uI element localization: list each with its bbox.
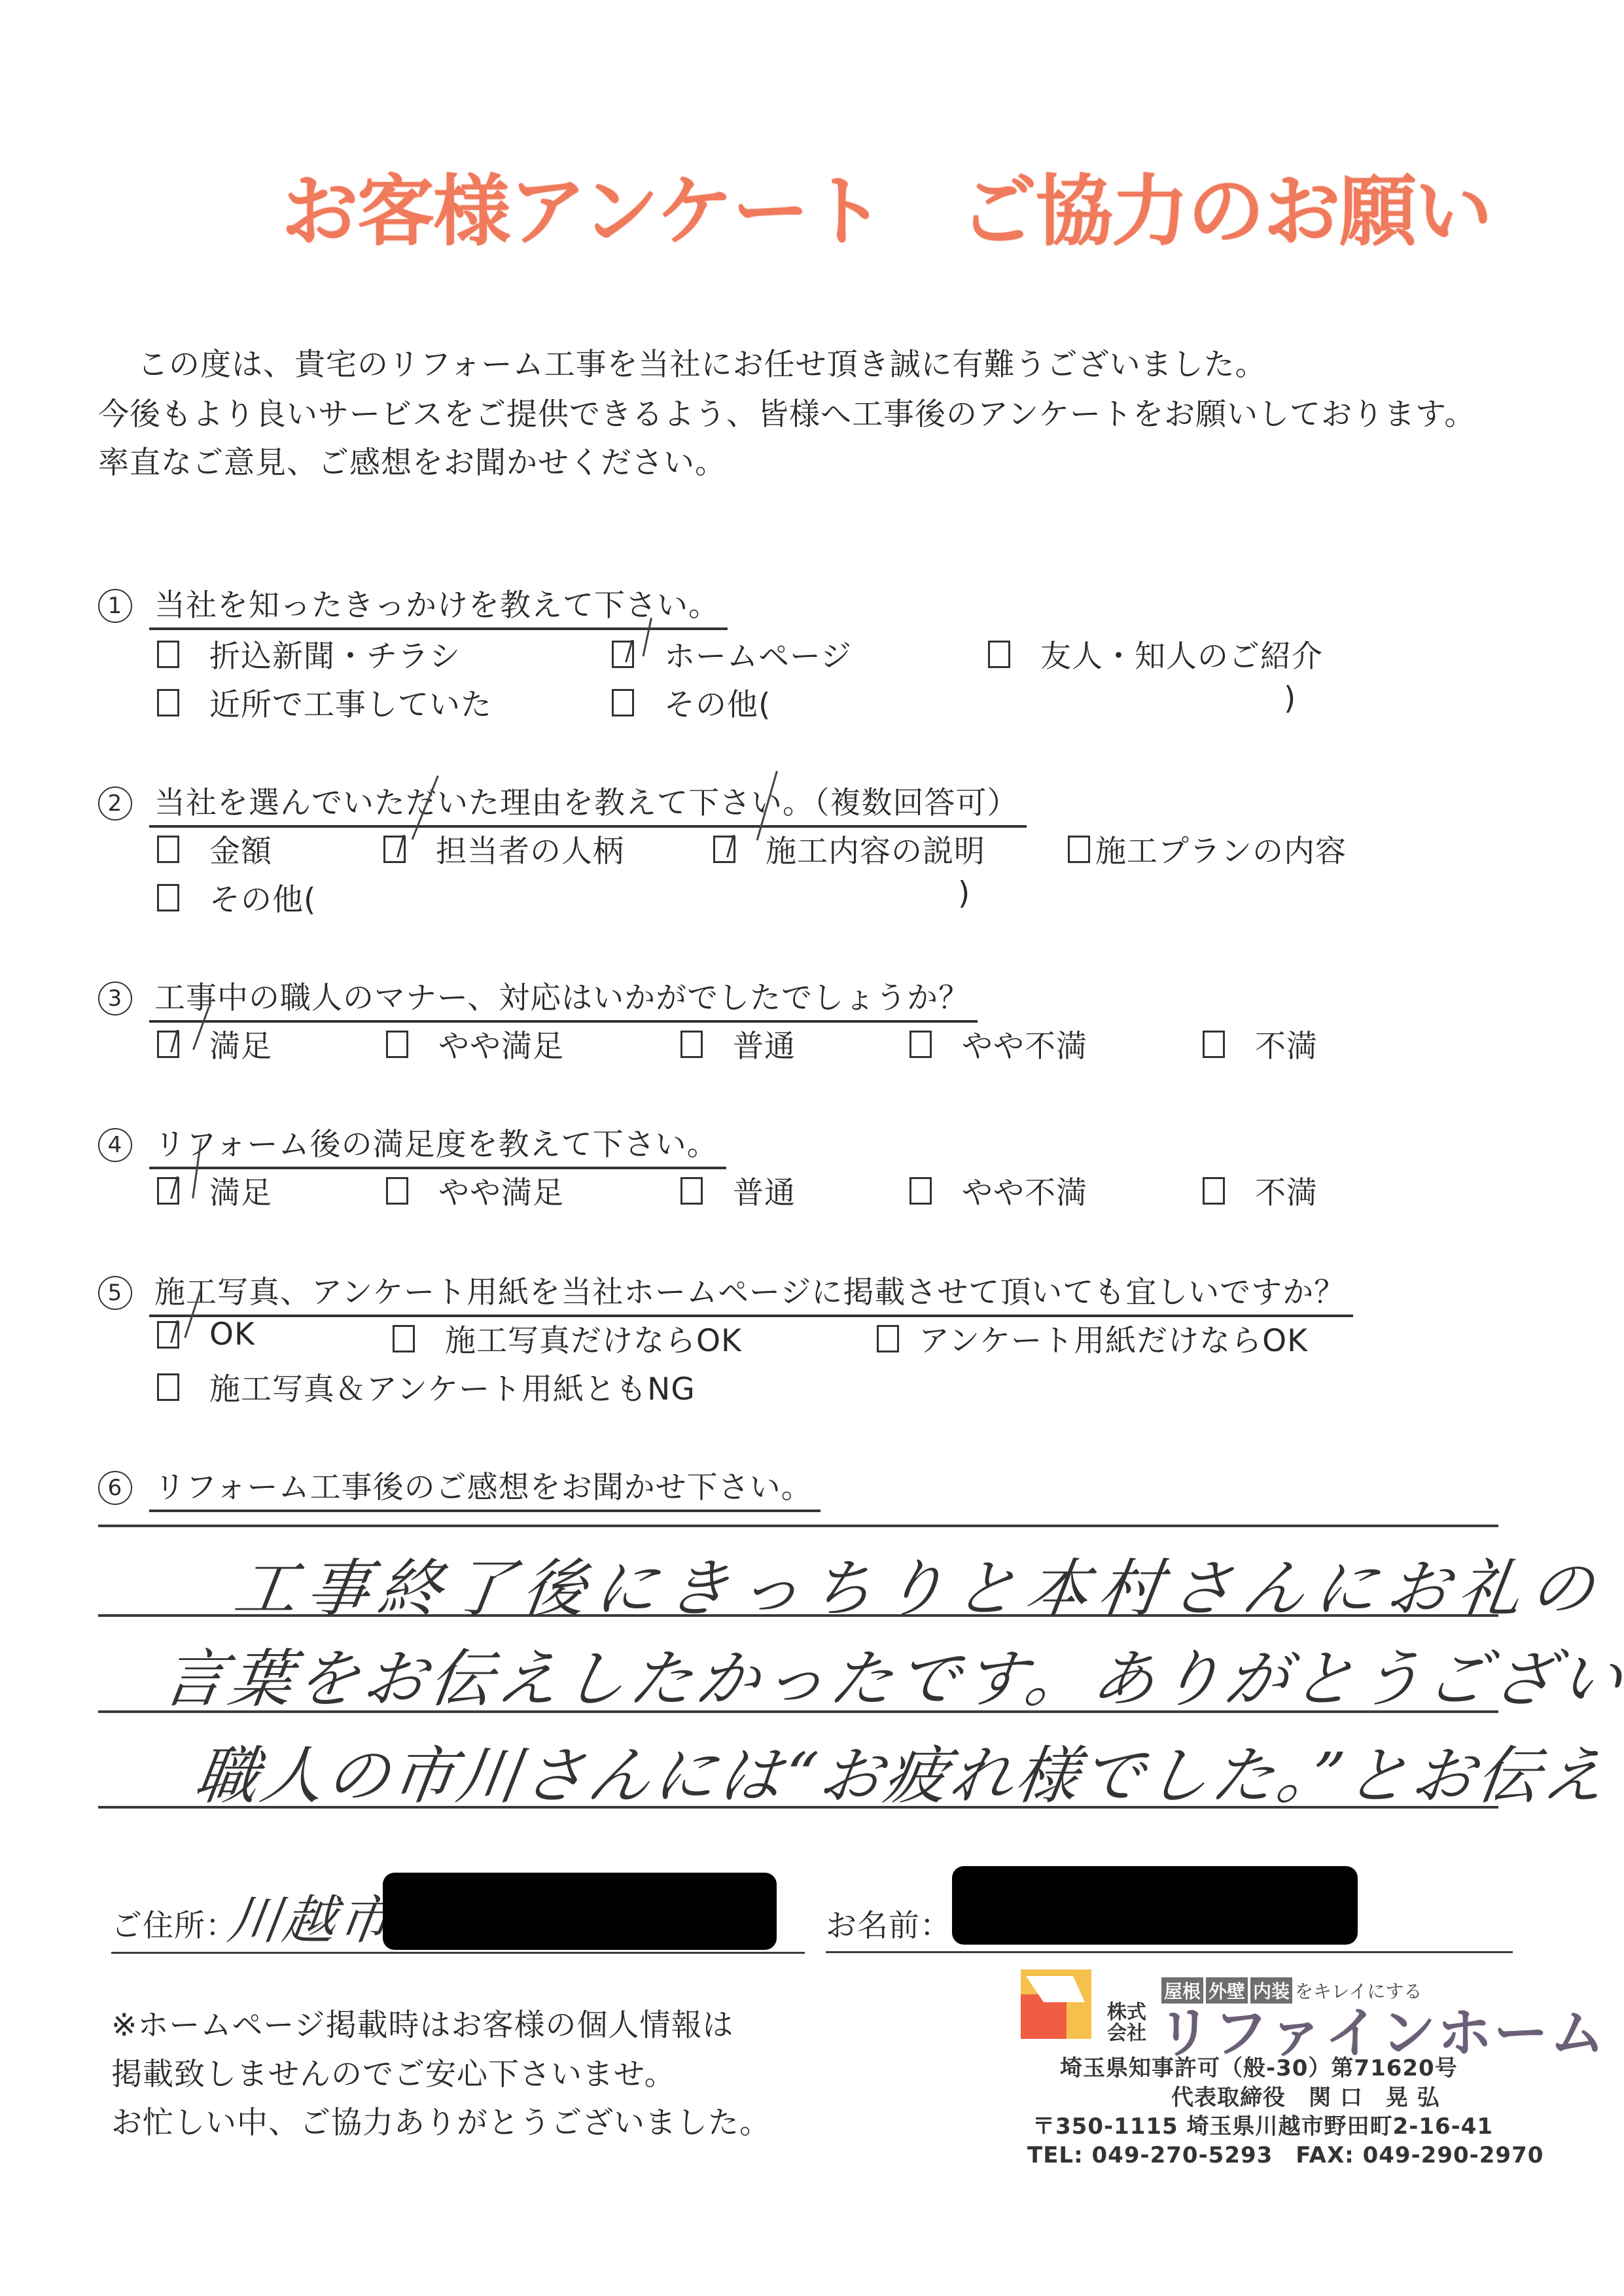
- checkbox[interactable]: [157, 836, 179, 863]
- checkbox[interactable]: [157, 641, 179, 668]
- q1-option-referral[interactable]: 友人・知人のご紹介: [988, 632, 1323, 676]
- checkbox[interactable]: [157, 1373, 179, 1401]
- redacted-address: [383, 1873, 777, 1950]
- thank-you-note: お忙しい中、ご協力ありがとうございました。: [111, 2098, 771, 2142]
- question-number: 2: [98, 786, 132, 821]
- q1-option-nearby[interactable]: 近所で工事していた: [157, 680, 492, 724]
- question-number: 4: [98, 1128, 132, 1162]
- question-number: 3: [98, 981, 132, 1016]
- question-number: 1: [98, 589, 132, 623]
- q5-option-photos-only[interactable]: 施工写真だけならOK: [393, 1316, 742, 1360]
- name-underline: [826, 1951, 1513, 1953]
- company-representative: 代表取締役 関 口 晃 弘: [1171, 2079, 1440, 2111]
- checkbox[interactable]: [1203, 1031, 1225, 1058]
- checkbox-checked[interactable]: [157, 1177, 179, 1205]
- address-underline: [111, 1952, 805, 1954]
- question-text: 施工写真、アンケート用紙を当社ホームページに掲載させて頂いても宜しいですか？: [149, 1268, 1353, 1317]
- checkbox-checked[interactable]: [157, 1031, 179, 1058]
- q3-option-satisfied[interactable]: 満足: [157, 1022, 272, 1066]
- q5-option-ok[interactable]: OK: [157, 1316, 255, 1352]
- checkbox[interactable]: [386, 1031, 408, 1058]
- question-text: 当社を知ったきっかけを教えて下さい。: [149, 581, 728, 630]
- q2-option-staff-personality[interactable]: 担当者の人柄: [383, 827, 624, 871]
- checkbox[interactable]: [612, 689, 634, 716]
- question-1-heading: 1当社を知ったきっかけを教えて下さい。: [98, 581, 728, 630]
- intro-line-1: この度は、貴宅のリフォーム工事を当社にお任せ頂き誠に有難うございました。: [137, 340, 1267, 384]
- answer-rule-1: [98, 1525, 1498, 1527]
- question-5-heading: 5施工写真、アンケート用紙を当社ホームページに掲載させて頂いても宜しいですか？: [98, 1268, 1353, 1317]
- address-handwritten[interactable]: 川越市: [224, 1878, 399, 1953]
- checkbox[interactable]: [877, 1325, 899, 1352]
- q4-option-somewhat-satisfied[interactable]: やや満足: [386, 1169, 564, 1212]
- question-number: 5: [98, 1276, 132, 1310]
- company-address: 〒350-1115 埼玉県川越市野田町2-16-41: [1033, 2108, 1493, 2140]
- intro-line-2: 今後もより良いサービスをご提供できるよう、皆様へ工事後のアンケートをお願いしてお…: [98, 390, 1475, 434]
- q5-option-both-ng[interactable]: 施工写真＆アンケート用紙ともNG: [157, 1365, 696, 1409]
- company-license: 埼玉県知事許可（般-30）第71620号: [1060, 2050, 1458, 2082]
- question-number: 6: [98, 1471, 132, 1505]
- q4-option-satisfied[interactable]: 満足: [157, 1169, 272, 1212]
- q1-option-flyer[interactable]: 折込新聞・チラシ: [157, 632, 461, 676]
- q4-option-somewhat-dissatisfied[interactable]: やや不満: [909, 1169, 1087, 1212]
- question-3-heading: 3工事中の職人のマナー、対応はいかがでしたでしょうか？: [98, 974, 978, 1023]
- q1-other-close-paren: ): [1284, 680, 1296, 716]
- q5-option-survey-only[interactable]: アンケート用紙だけならOK: [877, 1316, 1308, 1360]
- checkbox-checked[interactable]: [383, 836, 406, 863]
- checkbox[interactable]: [909, 1177, 932, 1205]
- handwritten-answer-line-3: 職人の市川さんには“お疲れ様でした。”とお伝えください。: [190, 1726, 1624, 1816]
- q2-option-plan[interactable]: 施工プランの内容: [1068, 827, 1347, 871]
- handwritten-answer-line-2: 言葉をお伝えしたかったです。ありがとうございました。: [157, 1629, 1624, 1719]
- checkbox-checked[interactable]: [157, 1321, 179, 1349]
- q4-option-dissatisfied[interactable]: 不満: [1203, 1169, 1318, 1212]
- question-text: 当社を選んでいただいた理由を教えて下さい。（複数回答可）: [149, 779, 1027, 828]
- checkbox[interactable]: [1068, 836, 1090, 863]
- intro-line-3: 率直なご意見、ご感想をお聞かせください。: [98, 438, 726, 482]
- checkbox[interactable]: [988, 641, 1010, 668]
- question-6-heading: 6リフォーム工事後のご感想をお聞かせ下さい。: [98, 1463, 821, 1512]
- q3-option-somewhat-satisfied[interactable]: やや満足: [386, 1022, 564, 1066]
- handwritten-answer-line-1: 工事終了後にきっちりと本村さんにお礼の: [229, 1539, 1609, 1629]
- q2-option-other[interactable]: その他(: [157, 875, 316, 919]
- checkbox[interactable]: [386, 1177, 408, 1205]
- name-label: お名前：: [826, 1901, 951, 1945]
- company-logo-icon: [1021, 1969, 1091, 2039]
- q2-option-explanation[interactable]: 施工内容の説明: [713, 827, 985, 871]
- question-text: リフォーム工事後のご感想をお聞かせ下さい。: [149, 1463, 821, 1512]
- q1-option-other[interactable]: その他(: [612, 680, 771, 724]
- checkbox-checked[interactable]: [713, 836, 735, 863]
- company-tel-fax: TEL: 049-270-5293 FAX: 049-290-2970: [1027, 2137, 1544, 2169]
- address-label: ご住所：: [111, 1901, 237, 1945]
- q4-option-neutral[interactable]: 普通: [680, 1169, 796, 1212]
- q3-option-neutral[interactable]: 普通: [680, 1022, 796, 1066]
- redacted-name: [952, 1866, 1358, 1945]
- checkbox[interactable]: [157, 884, 179, 911]
- q2-option-price[interactable]: 金額: [157, 827, 272, 871]
- kabushiki-kaisha-label: 株式会社: [1107, 2002, 1146, 2044]
- checkbox[interactable]: [680, 1031, 703, 1058]
- checkbox-checked[interactable]: [612, 641, 634, 668]
- checkbox[interactable]: [680, 1177, 703, 1205]
- question-4-heading: 4リフォーム後の満足度を教えて下さい。: [98, 1120, 726, 1169]
- q2-other-close-paren: ): [958, 875, 970, 911]
- privacy-note-1: ※ホームページ掲載時はお客様の個人情報は: [111, 2001, 733, 2045]
- privacy-note-2: 掲載致しませんのでご安心下さいませ。: [111, 2050, 676, 2094]
- question-text: リフォーム後の満足度を教えて下さい。: [149, 1120, 726, 1169]
- checkbox[interactable]: [909, 1031, 932, 1058]
- checkbox[interactable]: [157, 689, 179, 716]
- page-title: お客様アンケート ご協力のお願い: [281, 149, 1491, 260]
- checkbox[interactable]: [393, 1325, 415, 1352]
- q3-option-somewhat-dissatisfied[interactable]: やや不満: [909, 1022, 1087, 1066]
- question-2-heading: 2当社を選んでいただいた理由を教えて下さい。（複数回答可）: [98, 779, 1027, 828]
- q3-option-dissatisfied[interactable]: 不満: [1203, 1022, 1318, 1066]
- checkbox[interactable]: [1203, 1177, 1225, 1205]
- question-text: 工事中の職人のマナー、対応はいかがでしたでしょうか？: [149, 974, 978, 1023]
